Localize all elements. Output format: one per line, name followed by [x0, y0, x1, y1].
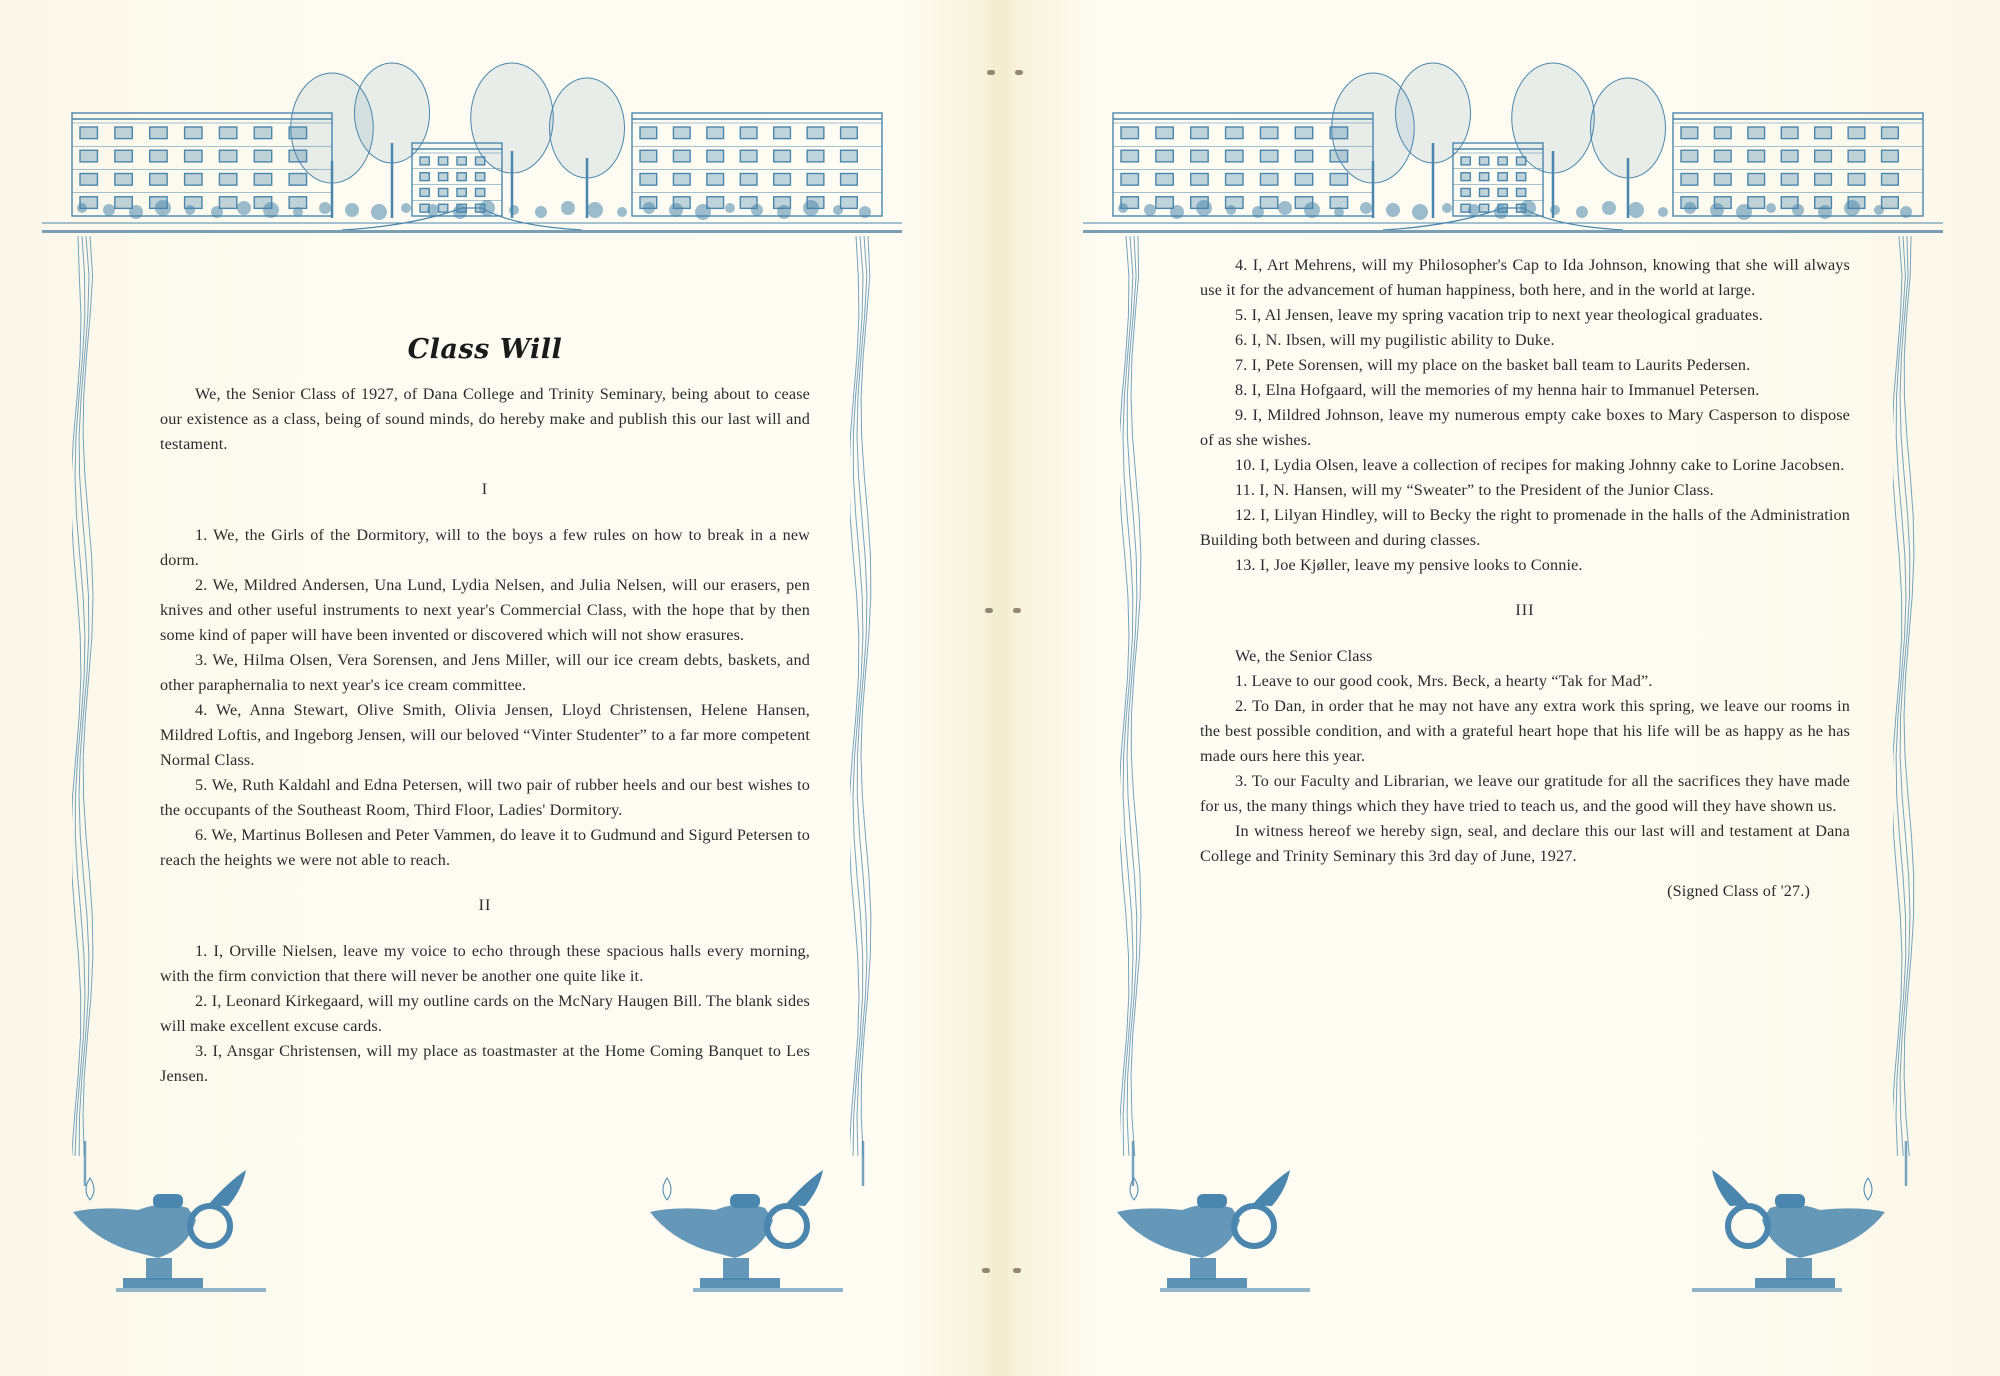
section-lead: We, the Senior Class: [1200, 644, 1850, 669]
header-divider: [1083, 230, 1943, 233]
will-item: 6. We, Martinus Bollesen and Peter Vamme…: [160, 823, 810, 873]
campus-illustration-icon: [42, 58, 902, 233]
vine-border-left-icon: [72, 236, 98, 1186]
left-page: Class Will We, the Senior Class of 1927,…: [0, 0, 1000, 1376]
will-item: 11. I, N. Hansen, will my “Sweater” to t…: [1200, 478, 1850, 503]
right-page-body: 4. I, Art Mehrens, will my Philosopher's…: [1200, 253, 1850, 904]
will-item: 13. I, Joe Kjøller, leave my pensive loo…: [1200, 553, 1850, 578]
will-item: 4. I, Art Mehrens, will my Philosopher's…: [1200, 253, 1850, 303]
signature: (Signed Class of '27.): [1200, 879, 1850, 904]
intro-paragraph: We, the Senior Class of 1927, of Dana Co…: [160, 382, 810, 457]
will-item: 1. Leave to our good cook, Mrs. Beck, a …: [1200, 669, 1850, 694]
book-spread: Class Will We, the Senior Class of 1927,…: [0, 0, 2000, 1376]
vine-border-right-icon: [1893, 236, 1919, 1186]
page-title: Class Will: [160, 334, 810, 365]
will-item: 2. I, Leonard Kirkegaard, will my outlin…: [160, 989, 810, 1039]
header-divider: [42, 230, 902, 233]
will-item: 2. We, Mildred Andersen, Una Lund, Lydia…: [160, 573, 810, 648]
vine-border-right-icon: [850, 236, 876, 1186]
section-heading: II: [160, 893, 810, 918]
will-item: 4. We, Anna Stewart, Olive Smith, Olivia…: [160, 698, 810, 773]
closing-paragraph: In witness hereof we hereby sign, seal, …: [1200, 819, 1850, 869]
will-item: 3. We, Hilma Olsen, Vera Sorensen, and J…: [160, 648, 810, 698]
will-item: 1. We, the Girls of the Dormitory, will …: [160, 523, 810, 573]
oil-lamp-icon: [645, 1160, 845, 1320]
will-item: 3. I, Ansgar Christensen, will my place …: [160, 1039, 810, 1089]
left-page-body: We, the Senior Class of 1927, of Dana Co…: [160, 382, 810, 1089]
will-item: 10. I, Lydia Olsen, leave a collection o…: [1200, 453, 1850, 478]
oil-lamp-icon: [68, 1160, 268, 1320]
will-item: 2. To Dan, in order that he may not have…: [1200, 694, 1850, 769]
will-item: 5. We, Ruth Kaldahl and Edna Petersen, w…: [160, 773, 810, 823]
will-item: 9. I, Mildred Johnson, leave my numerous…: [1200, 403, 1850, 453]
will-item: 12. I, Lilyan Hindley, will to Becky the…: [1200, 503, 1850, 553]
section-heading: I: [160, 477, 810, 502]
will-item: 7. I, Pete Sorensen, will my place on th…: [1200, 353, 1850, 378]
right-page: 4. I, Art Mehrens, will my Philosopher's…: [1000, 0, 2000, 1376]
will-item: 5. I, Al Jensen, leave my spring vacatio…: [1200, 303, 1850, 328]
will-item: 3. To our Faculty and Librarian, we leav…: [1200, 769, 1850, 819]
will-item: 1. I, Orville Nielsen, leave my voice to…: [160, 939, 810, 989]
oil-lamp-icon: [1112, 1160, 1312, 1320]
will-item: 8. I, Elna Hofgaard, will the memories o…: [1200, 378, 1850, 403]
section-heading: III: [1200, 598, 1850, 623]
campus-illustration-icon: [1083, 58, 1943, 233]
oil-lamp-icon: [1690, 1160, 1890, 1320]
vine-border-left-icon: [1120, 236, 1146, 1186]
will-item: 6. I, N. Ibsen, will my pugilistic abili…: [1200, 328, 1850, 353]
